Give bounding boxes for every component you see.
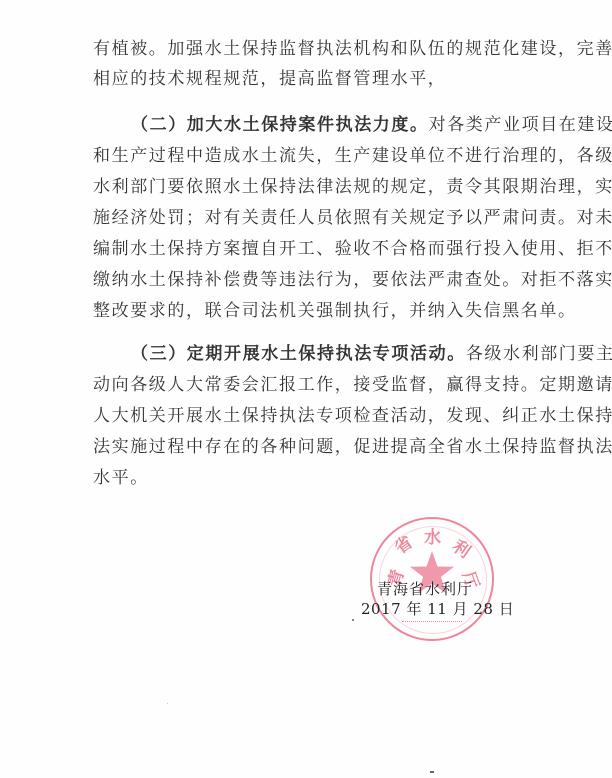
seal-char: 水 <box>424 523 441 548</box>
scan-speck <box>167 703 168 704</box>
section-2-first-line-rest: 对各类产业项目在建设 <box>429 115 612 135</box>
paragraph-line: 和生产过程中造成水土流失，生产建设单位不进行治理的，各级 <box>93 141 533 171</box>
scan-speck <box>430 771 434 773</box>
scan-speck <box>352 619 354 621</box>
document-page: 有植被。加强水土保持监督执法机构和队伍的规范化建设，完善 相应的技术规程规范，提… <box>0 0 612 778</box>
paragraph-line: 编制水土保持方案擅自开工、验收不合格而强行投入使用、拒不 <box>93 234 533 264</box>
section-3-first-line-rest: 各级水利部门要主 <box>466 344 612 364</box>
paragraph-line: 法实施过程中存在的各种问题，促进提高全省水土保持监督执法 <box>93 432 533 462</box>
paragraph-line: 相应的技术规程规范，提高监督管理水平， <box>93 64 533 94</box>
paragraph-line: 施经济处罚；对有关责任人员依照有关规定予以严肃问责。对未 <box>93 203 533 233</box>
paragraph-line: 水平。 <box>93 463 533 493</box>
paragraph-line: 动向各级人大常委会汇报工作，接受监督，赢得支持。定期邀请 <box>93 370 533 400</box>
paragraph-line: 缴纳水土保持补偿费等违法行为，要依法严肃查处。对拒不落实 <box>93 265 533 295</box>
section-3-heading: （三）定期开展水土保持执法专项活动。 <box>131 344 466 364</box>
section-2-first-line: （二）加大水土保持案件执法力度。对各类产业项目在建设 <box>131 110 533 140</box>
paragraph-line: 整改要求的，联合司法机关强制执行，并纳入失信黑名单。 <box>93 296 533 326</box>
section-3-first-line: （三）定期开展水土保持执法专项活动。各级水利部门要主 <box>131 339 533 369</box>
seal-serial-number <box>402 621 462 626</box>
section-2-heading: （二）加大水土保持案件执法力度。 <box>131 115 429 135</box>
paragraph-line: 人大机关开展水土保持执法专项检查活动，发现、纠正水土保持 <box>93 401 533 431</box>
paragraph-line: 水利部门要依照水土保持法律法规的规定，责令其限期治理，实 <box>93 172 533 202</box>
paragraph-line: 有植被。加强水土保持监督执法机构和队伍的规范化建设，完善 <box>93 34 533 64</box>
signature-organization: 青海省水利厅 <box>377 578 473 599</box>
signature-date: 2017 年 11 月 28 日 <box>361 598 514 619</box>
